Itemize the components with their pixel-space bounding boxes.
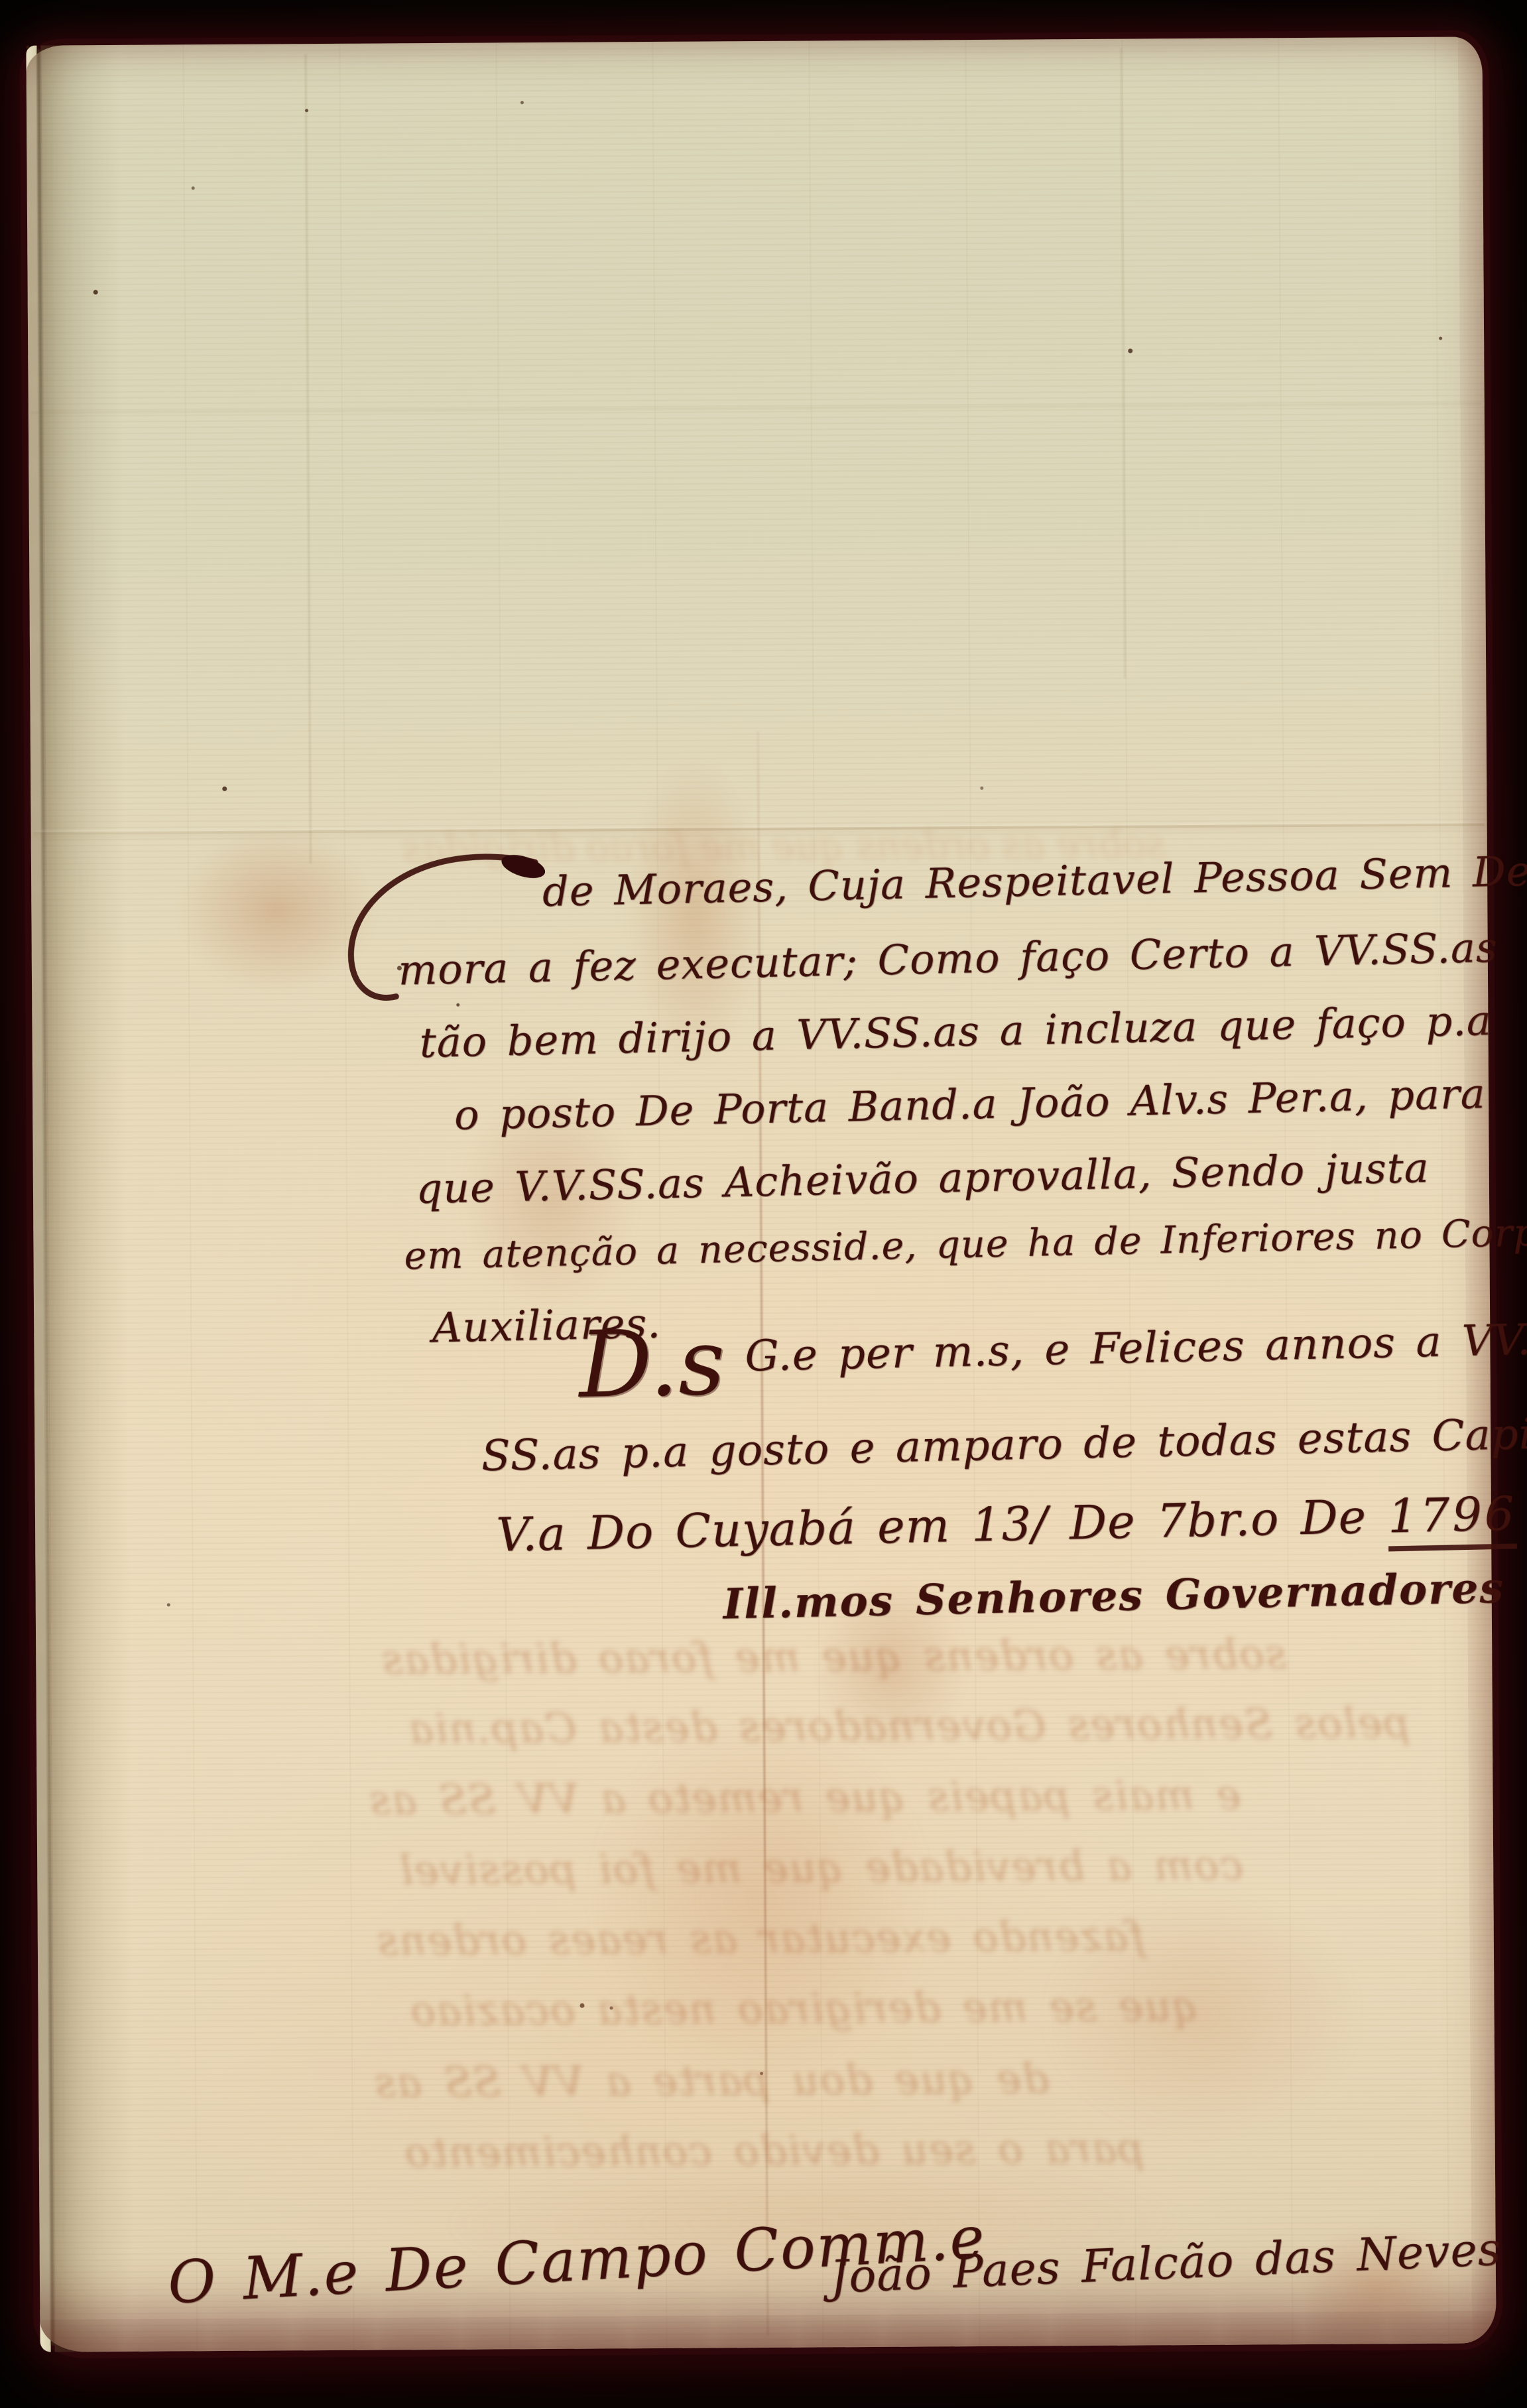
opening-flourish-icon [336, 843, 565, 1020]
manuscript-line: que V.V.SS.as Acheivão aprovalla, Sendo … [416, 1143, 1430, 1213]
valediction-line: D.s G.e per m.s, e Felices annos a VV. [578, 1316, 1527, 1385]
manuscript-line: o posto De Porta Band.a João Alv.s Per.a… [454, 1069, 1486, 1139]
manuscript-line: em atenção a necessid.e, que ha de Infer… [404, 1210, 1527, 1279]
valediction-rest: G.e per m.s, e Felices annos a VV. [745, 1316, 1527, 1381]
manuscript-line: de Moraes, Cuja Respeitavel Pessoa Sem D… [542, 847, 1527, 916]
photo-backdrop: sobre as ordens que me forao dirigidas s… [0, 0, 1527, 2408]
valediction-flourish: D.s [578, 1308, 726, 1419]
dateline-year-underlined: 1796 [1387, 1486, 1517, 1551]
dateline: V.a Do Cuyabá em 13/ De 7br.o De 1796 [496, 1486, 1518, 1562]
handwritten-text-block: de Moraes, Cuja Respeitavel Pessoa Sem D… [7, 19, 1511, 2355]
manuscript-line: tão bem dirijo a VV.SS.as a incluza que … [419, 996, 1492, 1067]
dateline-place-and-day: V.a Do Cuyabá em 13/ De 7br.o De [496, 1489, 1389, 1562]
manuscript-page: sobre as ordens que me forao dirigidas s… [26, 36, 1496, 2352]
address-line: Ill.mos Senhores Governadores [723, 1563, 1505, 1629]
valediction-line-2: SS.as p.a gosto e amparo de todas estas … [481, 1407, 1527, 1481]
